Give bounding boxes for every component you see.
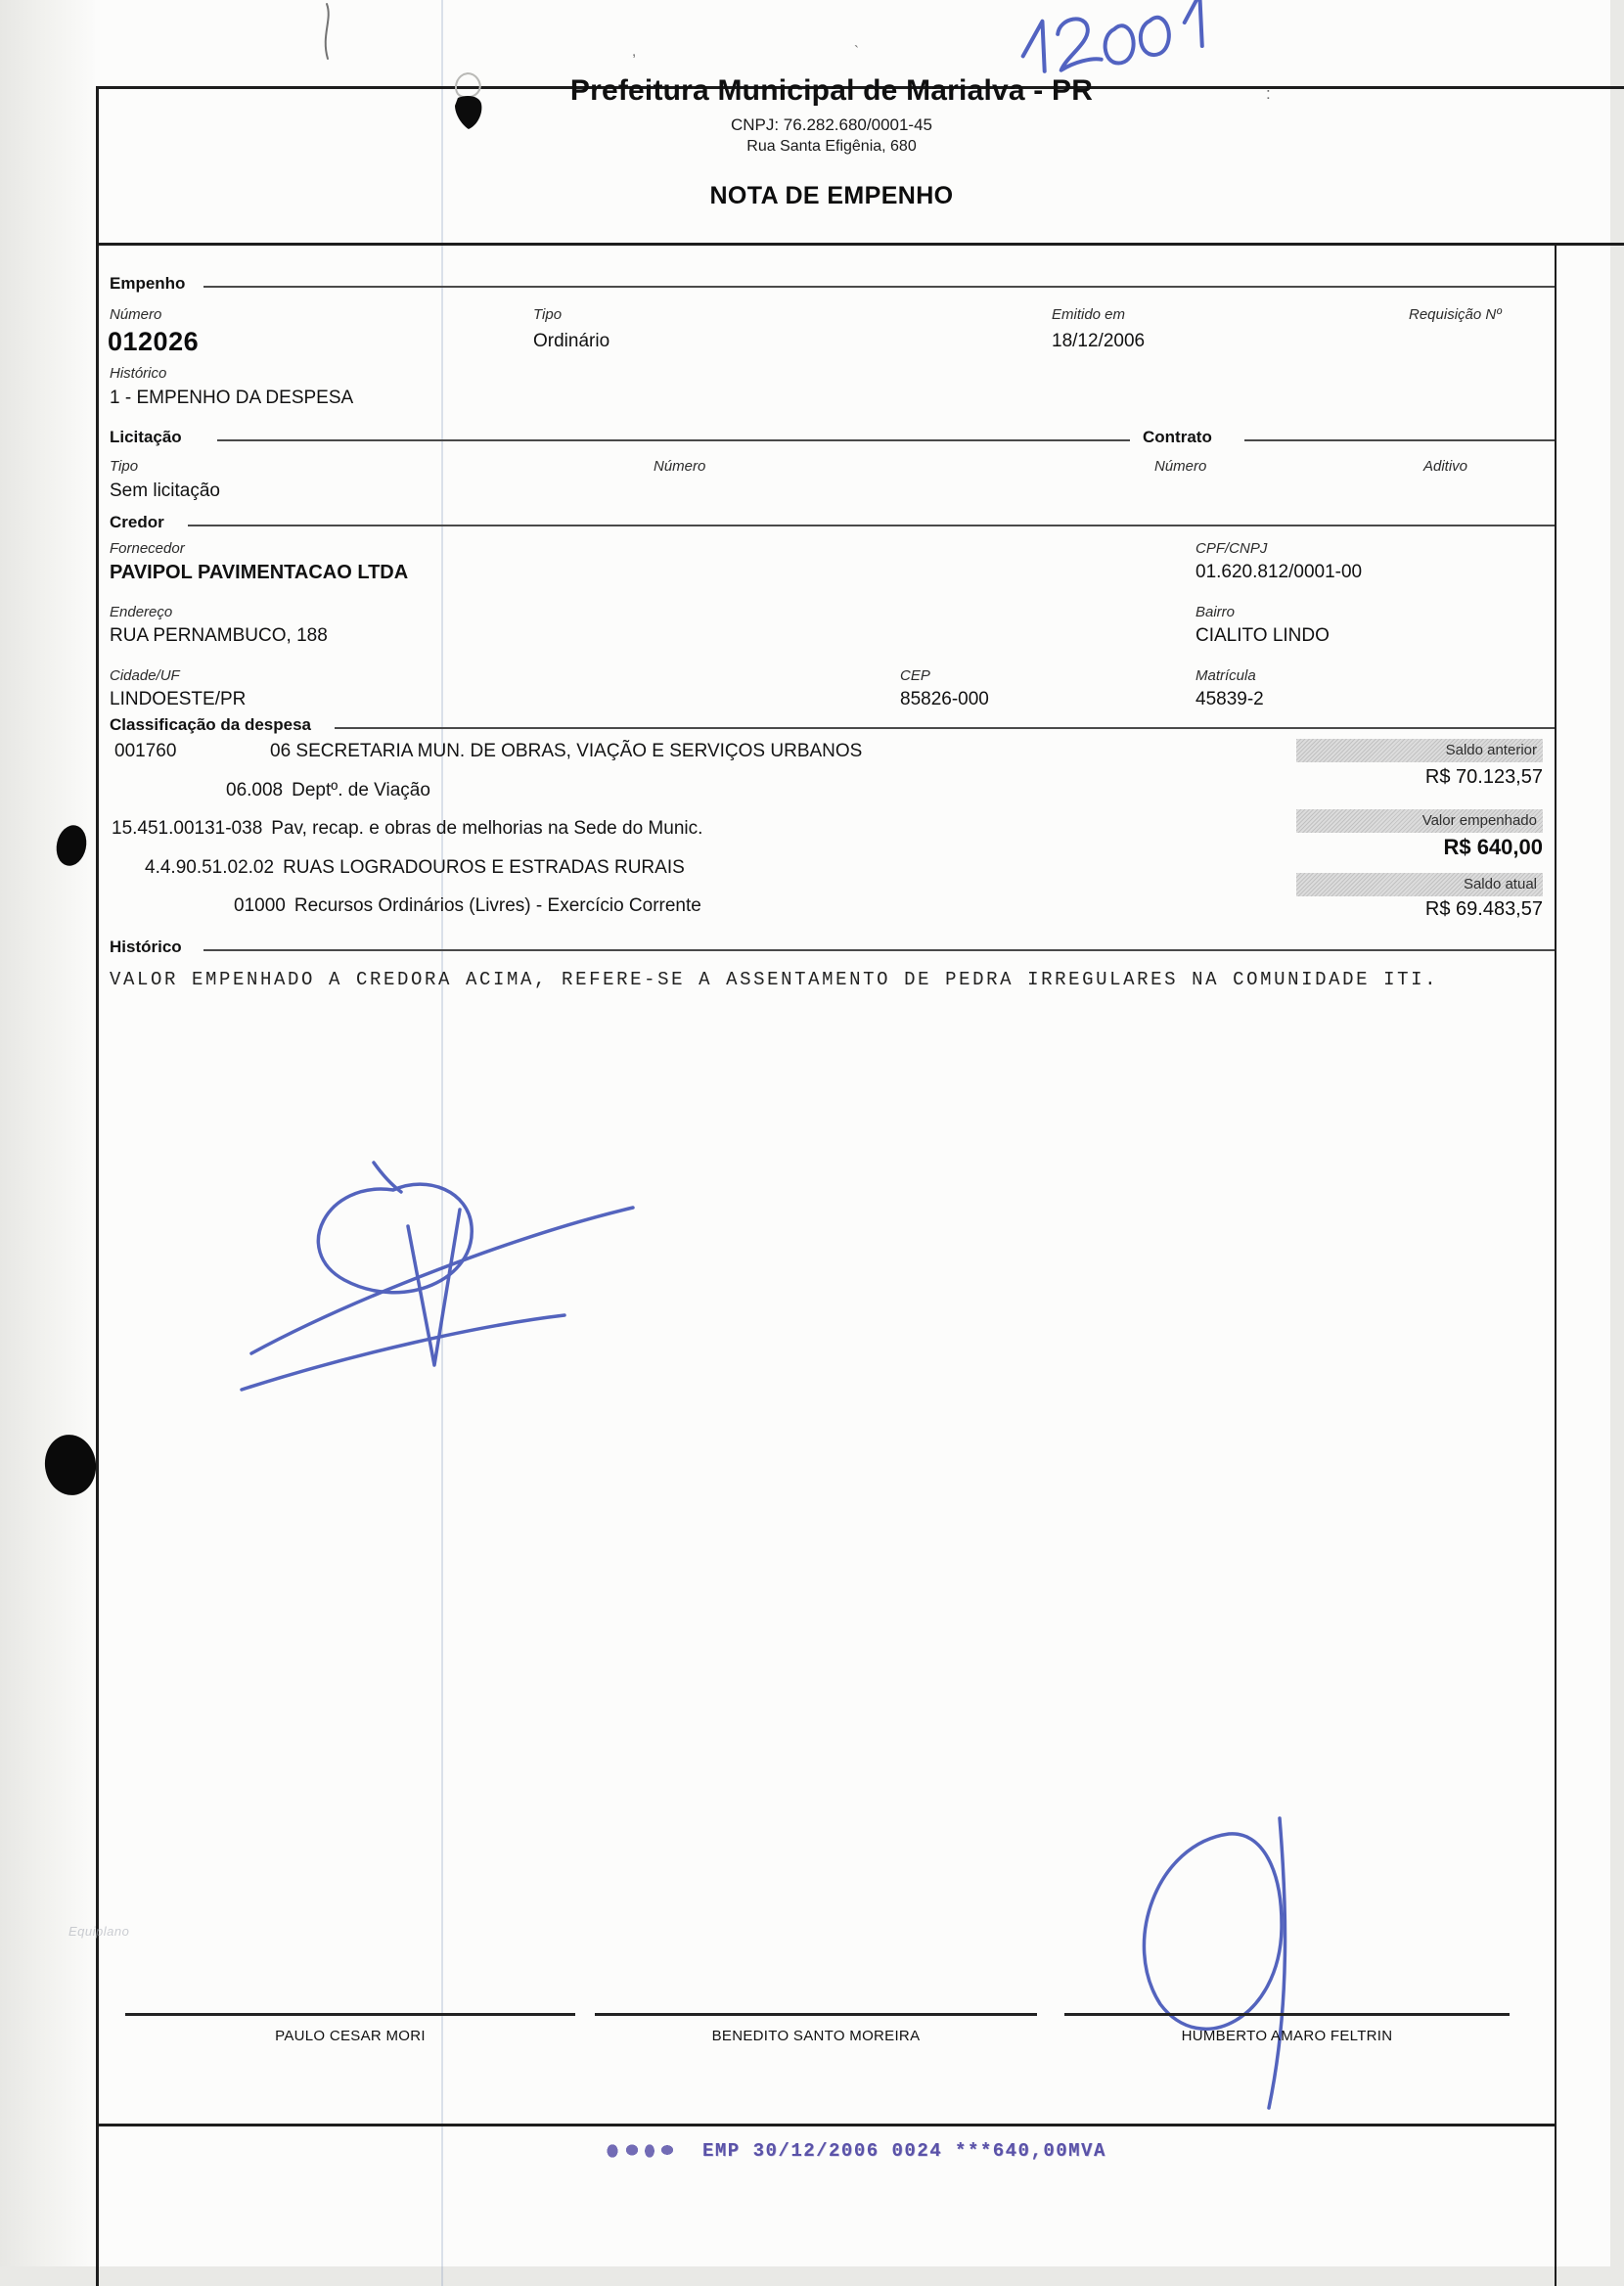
- signature-line: [595, 2013, 1037, 2016]
- value-emitido-em: 18/12/2006: [1052, 331, 1145, 352]
- valor-empenhado-value: R$ 640,00: [1296, 835, 1543, 860]
- label-cpf-cnpj: CPF/CNPJ: [1195, 540, 1267, 557]
- value-cpf-cnpj: 01.620.812/0001-00: [1195, 562, 1362, 583]
- classificacao-row: 06.008Deptº. de Viação: [226, 780, 430, 801]
- valor-empenhado-label-bar: Valor empenhado: [1296, 809, 1543, 833]
- label-bairro: Bairro: [1195, 604, 1235, 620]
- signature-line: [1064, 2013, 1510, 2016]
- section-empenho: Empenho: [110, 274, 185, 294]
- saldo-anterior-label-bar: Saldo anterior: [1296, 739, 1543, 762]
- section-rule: [1244, 439, 1555, 441]
- value-licitacao-tipo: Sem licitação: [110, 480, 220, 502]
- handwritten-number: [1000, 0, 1227, 74]
- label-cep: CEP: [900, 667, 930, 684]
- value-empenho-numero: 012026: [108, 327, 199, 357]
- form-right-border: [1555, 243, 1556, 2286]
- classificacao-desc: Recursos Ordinários (Livres) - Exercício…: [294, 895, 701, 916]
- classificacao-desc: Deptº. de Viação: [292, 780, 430, 800]
- scan-bottom-edge: [0, 2266, 1624, 2286]
- section-rule: [335, 727, 1555, 729]
- org-cnpj: CNPJ: 76.282.680/0001-45: [391, 115, 1272, 135]
- section-rule: [203, 286, 1555, 288]
- value-cep: 85826-000: [900, 689, 989, 710]
- label-numero: Número: [110, 306, 161, 323]
- label-licitacao-numero: Número: [654, 458, 705, 475]
- signature-scribble: [1113, 1816, 1321, 2112]
- classificacao-desc: RUAS LOGRADOUROS E ESTRADAS RURAIS: [283, 857, 685, 878]
- value-empenho-tipo: Ordinário: [533, 331, 609, 352]
- classificacao-row: 01000Recursos Ordinários (Livres) - Exer…: [234, 895, 701, 917]
- label-historico: Histórico: [110, 365, 166, 382]
- saldo-anterior-value: R$ 70.123,57: [1296, 766, 1543, 789]
- section-rule: [188, 525, 1555, 526]
- section-historico: Histórico: [110, 937, 182, 957]
- historico-typewriter-text: VALOR EMPENHADO A CREDORA ACIMA, REFERE-…: [110, 969, 1548, 990]
- signatory-name: PAULO CESAR MORI: [125, 2028, 575, 2044]
- label-fornecedor: Fornecedor: [110, 540, 185, 557]
- scan-right-edge: [1610, 0, 1624, 2286]
- section-licitacao: Licitação: [110, 428, 182, 447]
- value-endereco: RUA PERNAMBUCO, 188: [110, 625, 328, 647]
- classificacao-code: 4.4.90.51.02.02: [145, 857, 274, 878]
- signature-scribble: [237, 1133, 648, 1397]
- label-cidade-uf: Cidade/UF: [110, 667, 180, 684]
- label-matricula: Matrícula: [1195, 667, 1256, 684]
- classificacao-code: 15.451.00131-038: [112, 818, 262, 839]
- classificacao-row: 4.4.90.51.02.02RUAS LOGRADOUROS E ESTRAD…: [145, 857, 685, 879]
- section-classificacao: Classificação da despesa: [110, 715, 311, 735]
- stray-dot: ,: [632, 43, 636, 60]
- label-endereco: Endereço: [110, 604, 172, 620]
- classificacao-desc: 06 SECRETARIA MUN. DE OBRAS, VIAÇÃO E SE…: [270, 741, 862, 761]
- saldo-atual-label-bar: Saldo atual: [1296, 873, 1543, 896]
- label-contrato-aditivo: Aditivo: [1423, 458, 1467, 475]
- section-rule: [203, 949, 1555, 951]
- org-address: Rua Santa Efigênia, 680: [391, 138, 1272, 156]
- section-contrato: Contrato: [1143, 428, 1212, 447]
- form-header-divider: [96, 243, 1624, 246]
- signature-line: [125, 2013, 575, 2016]
- processing-stamp: EMP 30/12/2006 0024 ***640,00MVA: [603, 2137, 1106, 2164]
- section-credor: Credor: [110, 513, 164, 532]
- classificacao-code: 06.008: [226, 780, 283, 800]
- org-title: Prefeitura Municipal de Marialva - PR: [391, 74, 1272, 108]
- stamp-logo-mark: [603, 2137, 677, 2164]
- classificacao-desc: Pav, recap. e obras de melhorias na Sede…: [271, 818, 702, 839]
- value-cidade-uf: LINDOESTE/PR: [110, 689, 246, 710]
- signatory-name: HUMBERTO AMARO FELTRIN: [1064, 2028, 1510, 2044]
- classificacao-code: 001760: [114, 741, 270, 762]
- classificacao-row: 00176006 SECRETARIA MUN. DE OBRAS, VIAÇÃ…: [114, 741, 862, 762]
- form-bottom-divider: [96, 2124, 1556, 2126]
- label-licitacao-tipo: Tipo: [110, 458, 138, 475]
- scan-left-edge: [0, 0, 95, 2286]
- document-title: NOTA DE EMPENHO: [391, 182, 1272, 210]
- equiplano-watermark: Equiplano: [68, 1924, 129, 1939]
- value-historico-empenho: 1 - EMPENHO DA DESPESA: [110, 388, 353, 409]
- label-requisicao: Requisição Nº: [1409, 306, 1502, 323]
- value-matricula: 45839-2: [1195, 689, 1264, 710]
- stamp-text: EMP 30/12/2006 0024 ***640,00MVA: [702, 2140, 1106, 2162]
- scanned-document-page: , ` : Prefeitura Municipal de Marialva -…: [0, 0, 1624, 2286]
- value-fornecedor: PAVIPOL PAVIMENTACAO LTDA: [110, 562, 408, 584]
- section-rule: [217, 439, 1130, 441]
- ink-squiggle-mark: [313, 2, 346, 63]
- classificacao-code: 01000: [234, 895, 286, 916]
- saldo-atual-value: R$ 69.483,57: [1296, 898, 1543, 921]
- label-contrato-numero: Número: [1154, 458, 1206, 475]
- classificacao-row: 15.451.00131-038Pav, recap. e obras de m…: [112, 818, 702, 840]
- label-emitido-em: Emitido em: [1052, 306, 1125, 323]
- label-tipo: Tipo: [533, 306, 562, 323]
- signatory-name: BENEDITO SANTO MOREIRA: [595, 2028, 1037, 2044]
- form-left-border: [96, 86, 99, 2286]
- value-bairro: CIALITO LINDO: [1195, 625, 1330, 647]
- stray-dot: `: [854, 43, 859, 60]
